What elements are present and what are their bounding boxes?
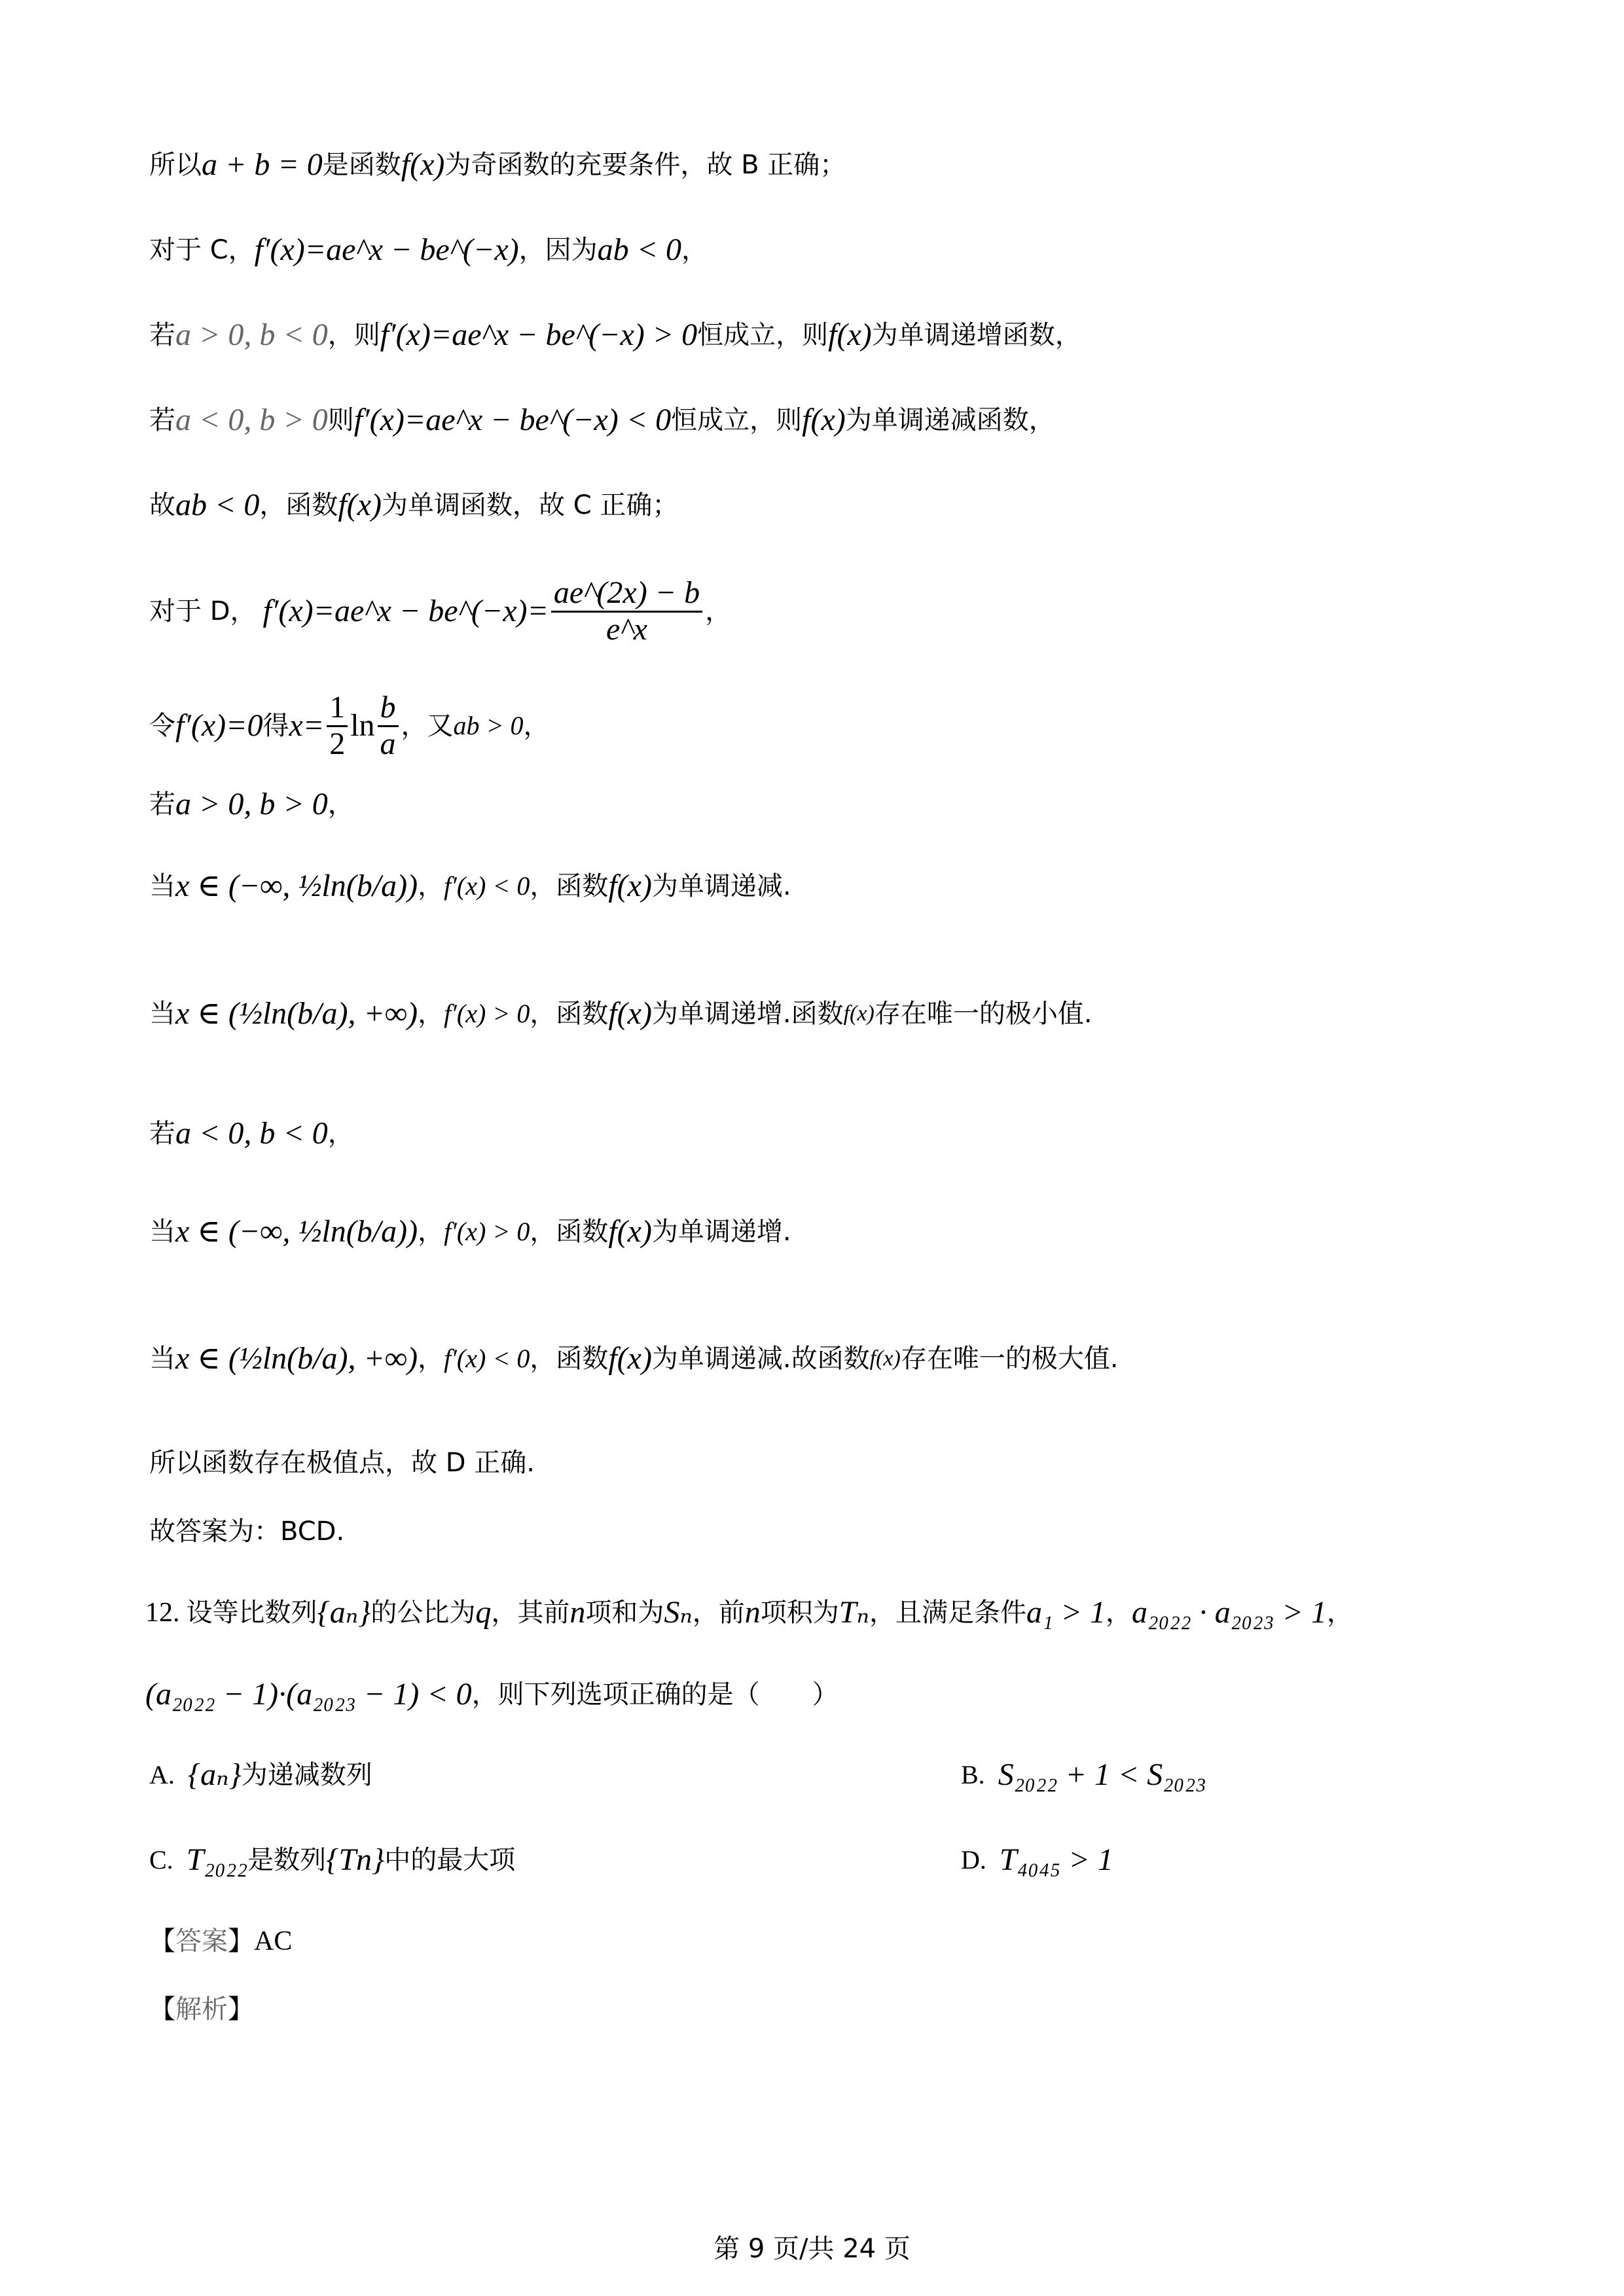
line-d-case1-interval2: 当 x ∈ (½ln(b/a), +∞) ， f′(x) > 0 ，函数 f(x… bbox=[149, 998, 1092, 1030]
option-d[interactable]: D. T₄₀₄₅ > 1 bbox=[961, 1844, 1113, 1876]
text: 得 bbox=[263, 713, 289, 739]
line-d-case2-interval1: 当 x ∈ (−∞, ½ln(b/a)) ， f′(x) > 0 ，函数 f(x… bbox=[149, 1216, 791, 1247]
line-b-conclusion: 所以 a + b = 0 是函数 f(x) 为奇函数的充要条件，故 B 正确； bbox=[149, 149, 846, 181]
math-expr: a + b = 0 bbox=[202, 149, 323, 181]
math-fx: f(x) bbox=[870, 1348, 901, 1370]
math-interval: x ∈ (−∞, ½ln(b/a)) bbox=[175, 870, 418, 902]
text: 若 bbox=[149, 322, 175, 348]
text: 所以 bbox=[149, 152, 202, 178]
math-sign: f′(x) < 0 bbox=[444, 873, 530, 899]
fraction-denominator: 2 bbox=[327, 727, 348, 762]
question-12-stem: 12. 设等比数列 {aₙ} 的公比为 q ，其前 n 项和为 Sₙ ，前 n … bbox=[145, 1597, 1353, 1628]
text: 当 bbox=[149, 1346, 175, 1372]
math-n: n bbox=[745, 1597, 761, 1628]
page-footer: 第 9 页/共 24 页 bbox=[0, 2228, 1624, 2265]
fraction-denominator: a bbox=[378, 727, 399, 762]
fraction: ae^(2x) − b e^x bbox=[551, 576, 702, 647]
line-d-derivative: 对于 D， f′(x)=ae^x − be^(−x)= ae^(2x) − b … bbox=[149, 576, 731, 647]
math-fx: f(x) bbox=[608, 870, 652, 902]
line-c-derivative: 对于 C， f′(x)=ae^x − be^(−x) ，因为 ab < 0 ， bbox=[149, 234, 708, 266]
math-q: q bbox=[475, 1597, 491, 1628]
text: 故 bbox=[149, 492, 175, 518]
text: 为单调递减函数， bbox=[846, 407, 1055, 433]
text: 恒成立，则 bbox=[697, 322, 828, 348]
text: ， bbox=[705, 598, 731, 624]
math-condition: a < 0, b < 0 bbox=[175, 1118, 328, 1149]
bracket-left-icon: 【 bbox=[149, 1996, 175, 2022]
text: ， bbox=[524, 713, 550, 739]
math-interval: x ∈ (½ln(b/a), +∞) bbox=[175, 998, 418, 1030]
text: ， bbox=[418, 1001, 444, 1027]
text: 的公比为 bbox=[370, 1600, 475, 1626]
math-condition: a₁ > 1 bbox=[1026, 1597, 1106, 1628]
math-inequality: S₂₀₂₂ + 1 < S₂₀₂₃ bbox=[998, 1759, 1206, 1791]
text: 对于 C， bbox=[149, 237, 255, 263]
bracket-right-icon: 】 bbox=[228, 1996, 254, 2022]
bracket-right-icon: 】 bbox=[228, 1928, 254, 1954]
math-condition: ab < 0 bbox=[175, 490, 259, 521]
text: 若 bbox=[149, 791, 175, 817]
math-condition: a > 0, b < 0 bbox=[175, 319, 328, 351]
option-label: A. bbox=[149, 1762, 175, 1788]
text: 则 bbox=[328, 407, 354, 433]
option-b[interactable]: B. S₂₀₂₂ + 1 < S₂₀₂₃ bbox=[961, 1759, 1206, 1791]
text: 为单调递增函数， bbox=[872, 322, 1081, 348]
text: ，函数 bbox=[530, 1346, 608, 1372]
text: ， bbox=[418, 873, 444, 899]
text: ，则 bbox=[328, 322, 380, 348]
text: ，前 bbox=[693, 1600, 745, 1626]
text: ，函数 bbox=[530, 873, 608, 899]
answer-value: AC bbox=[254, 1928, 292, 1955]
text: ，函数 bbox=[530, 1001, 608, 1027]
fraction-half: 1 2 bbox=[327, 691, 348, 762]
text: ，函数 bbox=[530, 1219, 608, 1245]
line-d-case1-interval1: 当 x ∈ (−∞, ½ln(b/a)) ， f′(x) < 0 ，函数 f(x… bbox=[149, 870, 791, 902]
line-final-answer: 故答案为：BCD. bbox=[149, 1518, 344, 1545]
option-label: D. bbox=[961, 1847, 986, 1873]
text: ， bbox=[418, 1219, 444, 1245]
math-condition: a < 0, b > 0 bbox=[175, 404, 328, 436]
options-row-2: C. T₂₀₂₂ 是数列 {Tn} 中的最大项 D. T₄₀₄₅ > 1 bbox=[149, 1844, 1524, 1876]
option-text: 为递减数列 bbox=[242, 1762, 372, 1788]
math-derivative: f′(x)=ae^x − be^(−x)= bbox=[263, 596, 549, 627]
math-derivative: f′(x)=ae^x − be^(−x) > 0 bbox=[380, 319, 697, 351]
options-row-1: A. {aₙ} 为递减数列 B. S₂₀₂₂ + 1 < S₂₀₂₃ bbox=[149, 1759, 1524, 1791]
line-c-conclusion: 故 ab < 0 ，函数 f(x) 为单调函数，故 C 正确； bbox=[149, 490, 678, 521]
math-fx: f(x) bbox=[608, 998, 652, 1030]
question-12-stem-continued: (a₂₀₂₂ − 1)·(a₂₀₂₃ − 1) < 0 ，则下列选项正确的是（ … bbox=[145, 1679, 839, 1710]
line-c-case2: 若 a < 0, b > 0 则 f′(x)=ae^x − be^(−x) < … bbox=[149, 404, 1055, 436]
text: 当 bbox=[149, 1001, 175, 1027]
math-term: T₂₀₂₂ bbox=[187, 1844, 247, 1876]
text: 存在唯一的极小值. bbox=[875, 1001, 1092, 1027]
math-fx: f(x) bbox=[608, 1343, 652, 1374]
text: ，且满足条件 bbox=[869, 1600, 1026, 1626]
line-c-case1: 若 a > 0, b < 0 ，则 f′(x)=ae^x − be^(−x) >… bbox=[149, 319, 1081, 351]
math-x: x= bbox=[289, 710, 325, 742]
text: 令 bbox=[149, 713, 175, 739]
math-sequence: {Tn} bbox=[326, 1844, 384, 1876]
text: 为单调递增. bbox=[652, 1219, 791, 1245]
text: ，又 bbox=[401, 713, 454, 739]
line-d-conclusion: 所以函数存在极值点，故 D 正确. bbox=[149, 1450, 535, 1476]
math-derivative: f′(x)=ae^x − be^(−x) bbox=[255, 234, 519, 266]
option-text: 是数列 bbox=[247, 1847, 326, 1873]
text: ， bbox=[681, 237, 708, 263]
text: 若 bbox=[149, 407, 175, 433]
line-d-critical-point: 令 f′(x)=0 得 x= 1 2 ln b a ，又 ab > 0 ， bbox=[149, 691, 550, 762]
text: 为单调递减.故函数 bbox=[652, 1346, 870, 1372]
text: 项和为 bbox=[585, 1600, 664, 1626]
answer-line: 【 答案 】 AC bbox=[149, 1928, 292, 1955]
text: 存在唯一的极大值. bbox=[901, 1346, 1119, 1372]
fraction-denominator: e^x bbox=[604, 613, 650, 647]
fraction-numerator: ae^(2x) − b bbox=[551, 576, 702, 611]
analysis-label: 解析 bbox=[175, 1996, 228, 2022]
analysis-line: 【 解析 】 bbox=[149, 1996, 254, 2022]
text: 当 bbox=[149, 873, 175, 899]
math-interval: x ∈ (−∞, ½ln(b/a)) bbox=[175, 1216, 418, 1247]
math-sign: f′(x) > 0 bbox=[444, 1001, 530, 1027]
text: ， bbox=[1106, 1600, 1132, 1626]
option-c[interactable]: C. T₂₀₂₂ 是数列 {Tn} 中的最大项 bbox=[149, 1844, 515, 1876]
math-fx: f(x) bbox=[608, 1216, 652, 1247]
math-ln: ln bbox=[350, 710, 374, 742]
fraction-b-over-a: b a bbox=[378, 691, 399, 762]
question-number: 12. bbox=[145, 1599, 180, 1626]
text: ， bbox=[418, 1346, 444, 1372]
text: 对于 D， bbox=[149, 598, 257, 624]
answer-label: 答案 bbox=[175, 1928, 228, 1954]
math-interval: x ∈ (½ln(b/a), +∞) bbox=[175, 1343, 418, 1374]
math-fx: f(x) bbox=[401, 149, 445, 181]
fraction-numerator: 1 bbox=[327, 691, 348, 725]
math-sign: f′(x) > 0 bbox=[444, 1219, 530, 1245]
text: ， bbox=[328, 791, 354, 817]
line-d-case2-condition: 若 a < 0, b < 0 ， bbox=[149, 1118, 354, 1149]
math-fx: f(x) bbox=[828, 319, 872, 351]
text: ，则下列选项正确的是（ ） bbox=[472, 1681, 839, 1708]
fraction-numerator: b bbox=[378, 691, 399, 725]
text: ，其前 bbox=[491, 1600, 569, 1626]
text: 项积为 bbox=[761, 1600, 839, 1626]
math-condition: a > 0, b > 0 bbox=[175, 789, 328, 820]
option-text: 中的最大项 bbox=[384, 1847, 515, 1873]
math-sequence: {aₙ} bbox=[317, 1597, 371, 1628]
math-derivative: f′(x)=ae^x − be^(−x) < 0 bbox=[354, 404, 671, 436]
text: ，函数 bbox=[259, 492, 338, 518]
text: 所以函数存在极值点，故 D 正确. bbox=[149, 1450, 535, 1476]
math-condition: ab > 0 bbox=[454, 713, 524, 739]
option-label: C. bbox=[149, 1847, 173, 1873]
text: 恒成立，则 bbox=[671, 407, 802, 433]
text: 为单调递增.函数 bbox=[652, 1001, 844, 1027]
math-condition: ab < 0 bbox=[598, 234, 681, 266]
text: ， bbox=[1327, 1600, 1353, 1626]
text: 若 bbox=[149, 1121, 175, 1147]
text: 为奇函数的充要条件，故 B 正确； bbox=[444, 152, 846, 178]
text: 故答案为：BCD. bbox=[149, 1518, 344, 1545]
math-fx: f(x) bbox=[844, 1003, 875, 1025]
option-a[interactable]: A. {aₙ} 为递减数列 bbox=[149, 1759, 372, 1791]
text: 当 bbox=[149, 1219, 175, 1245]
text: 为单调函数，故 C 正确； bbox=[382, 492, 678, 518]
math-inequality: T₄₀₄₅ > 1 bbox=[1000, 1844, 1113, 1876]
text: ，因为 bbox=[519, 237, 598, 263]
math-fx: f(x) bbox=[802, 404, 846, 436]
line-d-case2-interval2: 当 x ∈ (½ln(b/a), +∞) ， f′(x) < 0 ，函数 f(x… bbox=[149, 1343, 1119, 1374]
math-sequence: {aₙ} bbox=[188, 1759, 242, 1791]
math-condition: (a₂₀₂₂ − 1)·(a₂₀₂₃ − 1) < 0 bbox=[145, 1679, 472, 1710]
math-sign: f′(x) < 0 bbox=[444, 1346, 530, 1372]
text: ， bbox=[328, 1121, 354, 1147]
option-label: B. bbox=[961, 1762, 985, 1788]
text: 为单调递减. bbox=[652, 873, 791, 899]
text: 设等比数列 bbox=[187, 1600, 317, 1626]
math-condition: a₂₀₂₂ · a₂₀₂₃ > 1 bbox=[1132, 1597, 1327, 1628]
text: 是函数 bbox=[323, 152, 401, 178]
math-sn: Sₙ bbox=[664, 1597, 692, 1628]
bracket-left-icon: 【 bbox=[149, 1928, 175, 1954]
math-fx: f(x) bbox=[338, 490, 382, 521]
math-n: n bbox=[569, 1597, 585, 1628]
line-d-case1-condition: 若 a > 0, b > 0 ， bbox=[149, 789, 354, 820]
math-tn: Tₙ bbox=[839, 1597, 869, 1628]
math-equation: f′(x)=0 bbox=[175, 710, 263, 742]
